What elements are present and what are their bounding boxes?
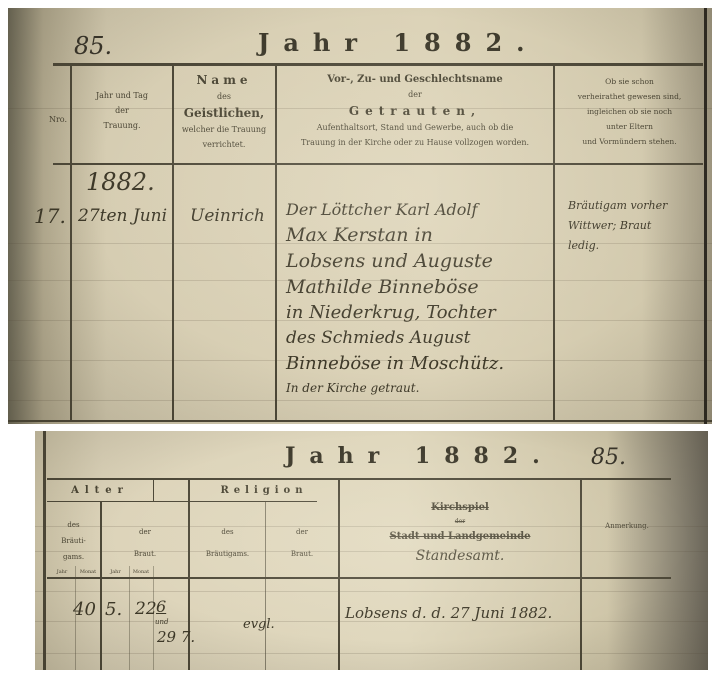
names-line: Der Löttcher Karl Adolf xyxy=(286,198,504,222)
register-page-bottom: Jahr 1882. 85. Alter Religion des Bräuti… xyxy=(35,431,708,670)
names-line: In der Kirche getraut. xyxy=(286,377,504,399)
header-registry-struck: Kirchspiel xyxy=(340,499,580,517)
header-line: Bräutigams. xyxy=(190,543,265,565)
entry-year: 1882. xyxy=(86,168,155,196)
header-clergy-line: des xyxy=(174,89,274,104)
bride-age-alt: 29 7. xyxy=(157,628,195,646)
header-remark: Anmerkung. xyxy=(582,519,672,534)
bride-age-months: 6 xyxy=(156,597,166,616)
header-clergy-line: Name xyxy=(174,72,274,89)
status-line: ledig. xyxy=(568,236,667,256)
header-line: Braut. xyxy=(102,543,188,565)
header-status-line: und Vormündern stehen. xyxy=(555,134,704,149)
header-registry-struck: Stadt und Landgemeinde xyxy=(340,527,580,547)
registry-entry: Lobsens d. d. 27 Juni 1882. xyxy=(345,604,552,622)
header-status-line: Ob sie schon xyxy=(555,74,704,89)
header-line: gams. xyxy=(47,549,100,565)
entry-day: 27ten Juni xyxy=(78,206,167,226)
header-religion: Religion xyxy=(190,483,338,498)
subheader-bride-years: Jahr xyxy=(102,568,129,576)
header-age: Alter xyxy=(47,483,153,498)
subheader-bride-months: Monat xyxy=(129,568,153,576)
header-names-line: Vor-, Zu- und Geschlechtsname xyxy=(277,72,553,87)
header-religion-bride: der Braut. xyxy=(266,521,338,565)
groom-age-years: 40 xyxy=(73,599,96,620)
header-names-line: der xyxy=(277,87,553,102)
year-title: Jahr 1882. xyxy=(258,28,539,57)
header-line: der xyxy=(266,521,338,543)
status-line: Wittwer; Braut xyxy=(568,216,667,236)
header-names: Vor-, Zu- und Geschlechtsname der Getrau… xyxy=(277,72,553,150)
subheader-groom-years: Jahr xyxy=(49,568,75,576)
bride-age-years: 22 xyxy=(135,599,157,619)
header-status-line: unter Eltern xyxy=(555,119,704,134)
names-line: Max Kerstan in xyxy=(286,222,504,248)
year-title: Jahr 1882. xyxy=(285,443,554,469)
names-line: in Niederkrug, Tochter xyxy=(286,300,504,326)
names-line: Lobsens und Auguste xyxy=(286,248,504,274)
names-line: Binneböse in Moschütz. xyxy=(286,351,504,377)
header-date-line: der xyxy=(74,103,170,118)
header-nr: Nro. xyxy=(46,112,70,127)
header-age-bride: der Braut. xyxy=(102,521,188,565)
header-names-line: Trauung in der Kirche oder zu Hause voll… xyxy=(277,135,553,150)
header-clergy-line: Geistlichen, xyxy=(174,104,274,122)
header-names-line: Getrauten, xyxy=(277,102,553,120)
header-status-line: verheirathet gewesen sind, xyxy=(555,89,704,104)
header-line: des xyxy=(190,521,265,543)
page-number: 85. xyxy=(74,32,112,60)
entry-number: 17. xyxy=(34,204,66,228)
header-date-line: Trauung. xyxy=(74,118,170,133)
names-line: Mathilde Binneböse xyxy=(286,274,504,300)
header-age-groom: des Bräuti- gams. xyxy=(47,517,100,565)
header-clergy-line: verrichtet. xyxy=(174,137,274,152)
header-registry-handwritten: Standesamt. xyxy=(340,547,580,565)
header-date-line: Jahr und Tag xyxy=(74,88,170,103)
header-religion-groom: des Bräutigams. xyxy=(190,521,265,565)
header-names-line: Aufenthaltsort, Stand und Gewerbe, auch … xyxy=(277,120,553,135)
bride-age-note: und xyxy=(155,618,169,626)
header-clergy: Name des Geistlichen, welcher die Trauun… xyxy=(174,72,274,152)
header-line: der xyxy=(102,521,188,543)
entry-names: Der Löttcher Karl Adolf Max Kerstan in L… xyxy=(286,198,504,399)
subheader-groom-months: Monat xyxy=(75,568,101,576)
entry-status: Bräutigam vorher Wittwer; Braut ledig. xyxy=(568,196,667,256)
header-line: Braut. xyxy=(266,543,338,565)
religion-value: evgl. xyxy=(243,617,275,632)
names-line: des Schmieds August xyxy=(286,326,504,351)
status-line: Bräutigam vorher xyxy=(568,196,667,216)
groom-age-months: 5. xyxy=(105,599,122,620)
header-status: Ob sie schon verheirathet gewesen sind, … xyxy=(555,74,704,149)
register-page-top: 85. Jahr 1882. Nro. Jahr und Tag der Tra… xyxy=(8,8,712,424)
header-clergy-line: welcher die Trauung xyxy=(174,122,274,137)
page-number: 85. xyxy=(591,445,626,470)
header-status-line: ingleichen ob sie noch xyxy=(555,104,704,119)
header-date: Jahr und Tag der Trauung. xyxy=(74,88,170,133)
entry-clergy: Ueinrich xyxy=(190,206,265,226)
header-registry-struck: der xyxy=(340,517,580,527)
header-line: des xyxy=(47,517,100,533)
header-registry: Kirchspiel der Stadt und Landgemeinde St… xyxy=(340,499,580,565)
header-line: Bräuti- xyxy=(47,533,100,549)
